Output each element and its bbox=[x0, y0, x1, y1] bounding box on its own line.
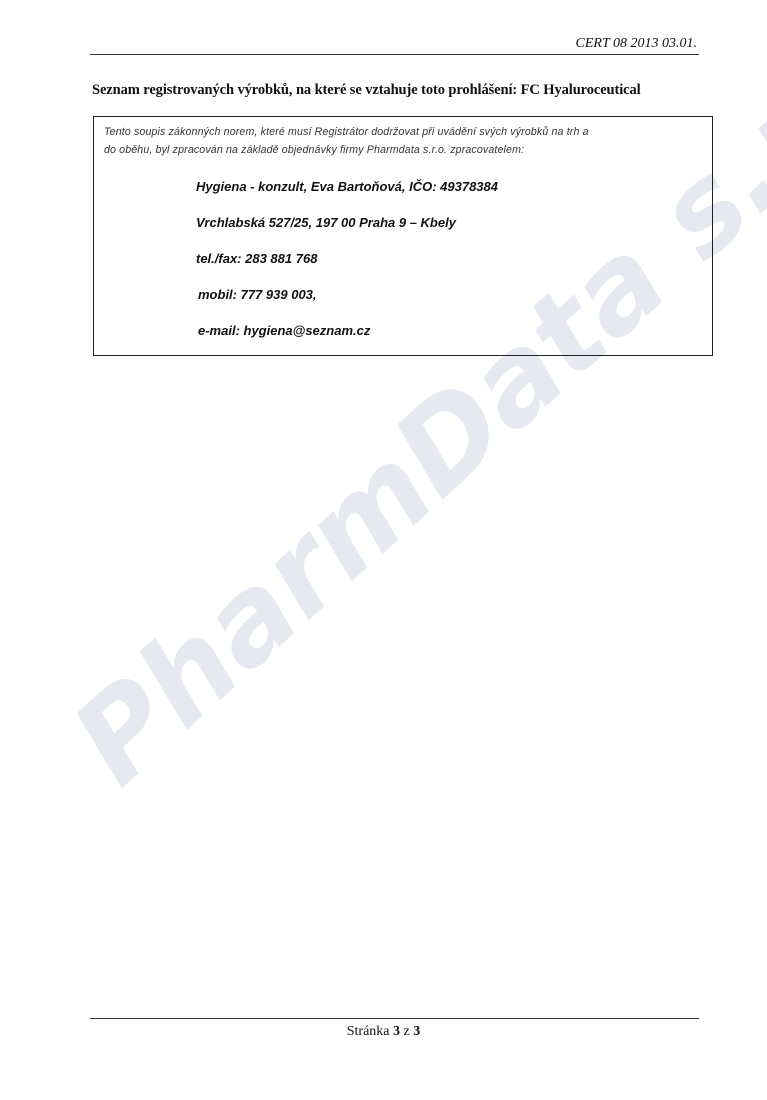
company-address: Vrchlabská 527/25, 197 00 Praha 9 – Kbel… bbox=[196, 215, 456, 230]
processor-info-box: Tento soupis zákonných norem, které musí… bbox=[93, 116, 713, 356]
intro-line: Tento soupis zákonných norem, které musí… bbox=[104, 123, 704, 141]
company-phone-fax: tel./fax: 283 881 768 bbox=[196, 251, 317, 266]
document-reference: CERT 08 2013 03.01. bbox=[576, 36, 697, 52]
company-mobile: mobil: 777 939 003, bbox=[198, 287, 317, 302]
footer-divider bbox=[90, 1018, 699, 1019]
page-number: Stránka 3 z 3 bbox=[0, 1024, 767, 1040]
of-word: z bbox=[404, 1024, 410, 1039]
header-divider bbox=[90, 54, 699, 55]
page-word: Stránka bbox=[347, 1024, 390, 1039]
current-page: 3 bbox=[393, 1024, 400, 1039]
document-title: Seznam registrovaných výrobků, na které … bbox=[92, 82, 641, 99]
company-name: Hygiena - konzult, Eva Bartoňová, IČO: 4… bbox=[196, 179, 498, 194]
total-pages: 3 bbox=[413, 1024, 420, 1039]
intro-line: do oběhu, byl zpracován na základě objed… bbox=[104, 141, 704, 159]
company-email: e-mail: hygiena@seznam.cz bbox=[198, 323, 370, 338]
intro-text: Tento soupis zákonných norem, které musí… bbox=[104, 123, 704, 159]
